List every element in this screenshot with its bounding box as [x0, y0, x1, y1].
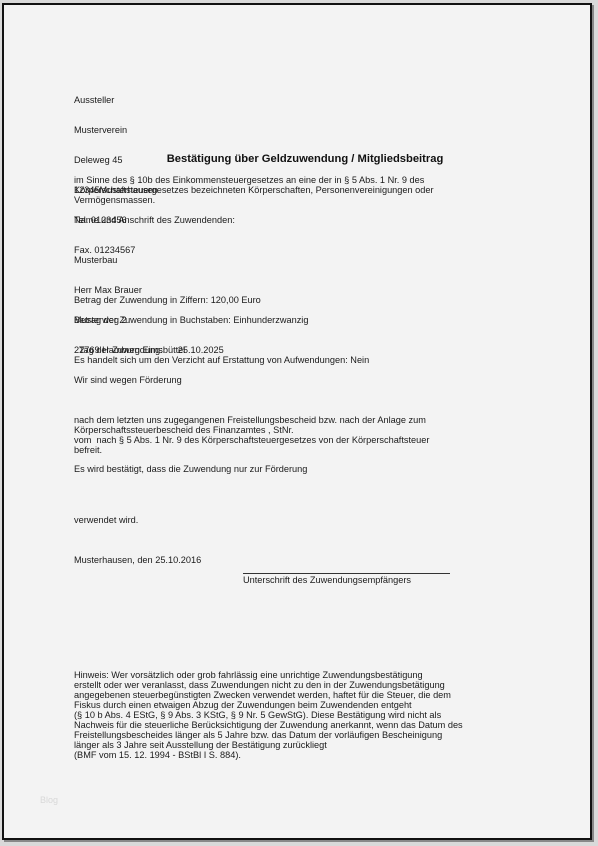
confirmation-text: Es wird bestätigt, dass die Zuwendung nu…	[74, 464, 307, 474]
donor-heading: Name und Anschrift des Zuwendenden:	[74, 215, 235, 225]
place-date: Musterhausen, den 25.10.2016	[74, 555, 201, 565]
sender-line: Aussteller	[74, 95, 158, 105]
used-text: verwendet wird.	[74, 515, 138, 525]
amount-words: Betrag der Zuwendung in Buchstaben: Einh…	[74, 315, 308, 325]
watermark: Blog	[40, 795, 58, 805]
sender-line: Musterverein	[74, 125, 158, 135]
waiver-text: Es handelt sich um den Verzicht auf Erst…	[74, 355, 369, 365]
donation-date-label: Tag der Zuwendung:	[79, 345, 163, 355]
exemption-text: nach dem letzten uns zugegangenen Freist…	[74, 415, 429, 455]
donor-line: Musterbau	[74, 255, 185, 265]
amount-digits: Betrag der Zuwendung in Ziffern: 120,00 …	[74, 295, 261, 305]
legal-notice: Hinweis: Wer vorsätzlich oder grob fahrl…	[74, 670, 463, 760]
donation-date-value: 25.10.2025	[178, 345, 224, 355]
signature-line	[243, 573, 450, 574]
signature-label: Unterschrift des Zuwendungsempfängers	[243, 575, 411, 585]
document-title: Bestätigung über Geldzuwendung / Mitglie…	[0, 153, 598, 165]
donor-line: Herr Max Brauer	[74, 285, 185, 295]
donation-date: Tag der Zuwendung:25.10.2025	[74, 335, 224, 355]
purpose-intro: Wir sind wegen Förderung	[74, 375, 182, 385]
intro-text: im Sinne des § 10b des Einkommensteuerge…	[74, 175, 434, 205]
